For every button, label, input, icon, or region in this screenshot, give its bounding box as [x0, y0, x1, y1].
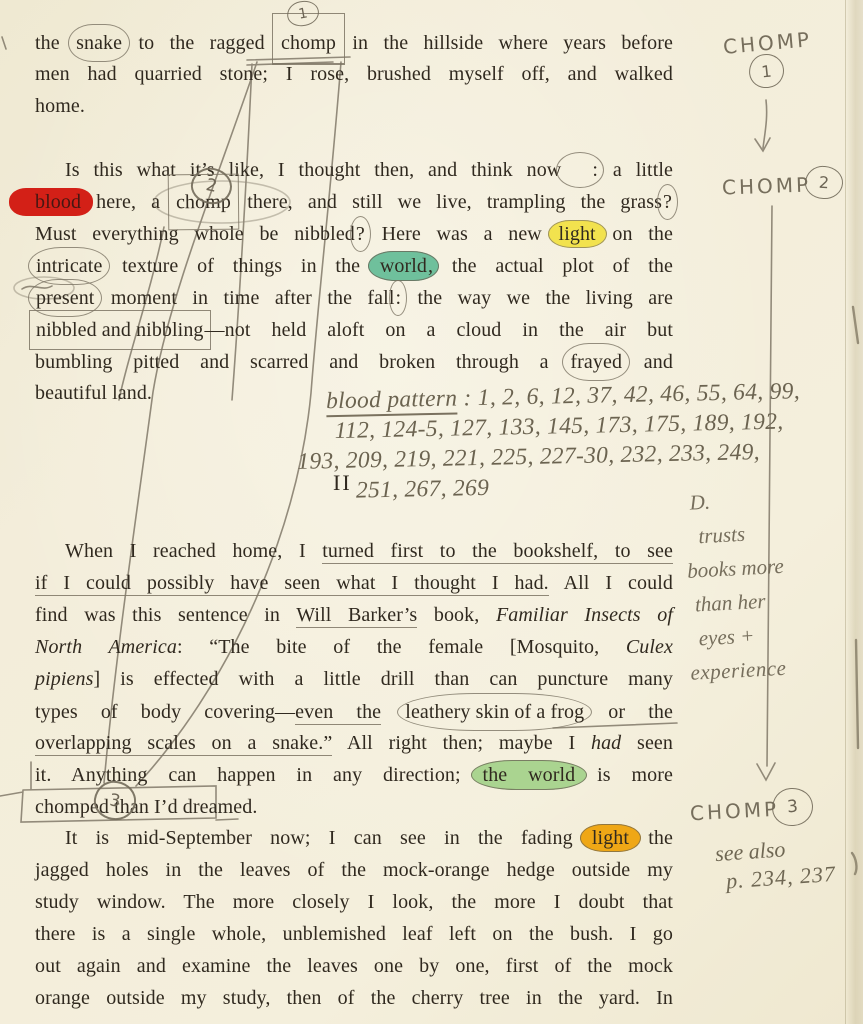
text-segment: —not held aloft on a cloud in the air bu…	[205, 319, 673, 341]
text-line: pipiens] is effected with a little drill…	[35, 663, 673, 695]
text-line: overlapping scales on a snake.” All righ…	[35, 727, 673, 759]
text-segment: there is a single whole, unblemished lea…	[35, 923, 673, 945]
annotated-hl-green: the world	[471, 760, 588, 790]
text-line: it. Anything can happen in any direction…	[35, 759, 673, 791]
text-segment: the way we the living are	[402, 287, 673, 309]
margin-label-chomp3: CHOMP	[689, 797, 779, 826]
text-segment: moment in time after the fall	[95, 287, 394, 309]
margin-circled-number-3: 3	[771, 787, 815, 828]
text-segment: All right then; maybe I	[332, 732, 591, 754]
annotated-pu: even the	[295, 701, 381, 725]
annotated-pcircle: snake	[68, 24, 130, 62]
text-segment: When I reached home, I	[65, 540, 322, 562]
paragraph-mid-september: It is mid-September now; I can see in th…	[35, 822, 673, 1014]
text-line: orange outside my study, then of the che…	[35, 982, 673, 1014]
text-segment: seen	[621, 732, 673, 754]
annotated-i: Familiar Insects of	[496, 604, 673, 626]
text-line: Must everything whole be nibbled? Here w…	[35, 217, 673, 249]
annotated-i: had	[591, 732, 621, 754]
text-segment: bumbling pitted and scarred and broken t…	[35, 351, 569, 373]
text-segment: there, and still we live, trampling the …	[232, 191, 662, 213]
annotated-pcircle: frayed	[562, 343, 630, 381]
text-segment: jagged holes in the leaves of the mock-o…	[35, 859, 673, 881]
left-edge-pencil-tick	[2, 37, 6, 49]
text-segment: and	[623, 351, 673, 373]
text-segment: types of body covering—	[35, 701, 295, 723]
text-segment: to the ragged	[123, 32, 280, 54]
text-segment: a little	[599, 159, 673, 181]
text-segment: it. Anything can happen in any direction…	[35, 764, 482, 786]
text-line: Is this what it’s like, I thought then, …	[35, 153, 673, 185]
text-segment: out again and examine the leaves one by …	[35, 955, 673, 977]
text-segment: book,	[417, 604, 496, 626]
text-segment: orange outside my study, then of the che…	[35, 987, 673, 1009]
text-line: find was this sentence in Will Barker’s …	[35, 599, 673, 631]
margin-note-d: D.trustsbooks morethan hereyes +experien…	[681, 478, 841, 690]
text-line: It is mid-September now; I can see in th…	[35, 822, 673, 854]
margin-circled-number-1: 1	[747, 52, 785, 89]
text-line: jagged holes in the leaves of the mock-o…	[35, 854, 673, 886]
text-line: When I reached home, I turned first to t…	[35, 535, 673, 567]
text-segment: find was this sentence in	[35, 604, 296, 626]
text-line: intricate texture of things in the world…	[35, 249, 673, 281]
annotated-pu: turned first to the bookshelf, to see	[322, 540, 673, 564]
text-line: study window. The more closely I look, t…	[35, 886, 673, 918]
paragraph-is-this-what: Is this what it’s like, I thought then, …	[35, 153, 673, 409]
text-segment: study window. The more closely I look, t…	[35, 891, 673, 913]
text-segment: ] is effected with a little drill than c…	[93, 668, 673, 690]
annotated-pu: overlapping scales on a snake.”	[35, 732, 332, 756]
text-segment: here, a	[81, 191, 175, 213]
paragraph-when-i-reached-home: When I reached home, I turned first to t…	[35, 535, 673, 823]
text-segment: Here was a new	[366, 223, 558, 245]
annotated-pu: Will Barker’s	[296, 604, 417, 628]
margin-note-see-also: see alsop. 234, 237	[714, 832, 837, 896]
margin-note-d-line: experience	[690, 648, 842, 690]
text-line: North America: “The bite of the female […	[35, 631, 673, 663]
text-line: there is a single whole, unblemished lea…	[35, 918, 673, 950]
text-segment: , the actual plot of the	[428, 255, 673, 277]
annotated-i: Culex	[626, 636, 673, 658]
text-line: types of body covering—even the leathery…	[35, 695, 673, 727]
text-segment: All I could	[549, 572, 673, 594]
text-segment: men had quarried stone; I rose, brushed …	[35, 63, 673, 85]
text-segment: or the	[585, 701, 673, 723]
annotated-i: pipiens	[35, 668, 93, 690]
text-segment: : “The bite of the female [Mosquito,	[177, 636, 626, 658]
text-line: men had quarried stone; I rose, brushed …	[35, 58, 673, 90]
text-segment: in the hillside where years before	[337, 32, 673, 54]
text-line: present moment in time after the fall: t…	[35, 281, 673, 313]
text-segment: Is this what it’s like, I thought then, …	[65, 159, 561, 181]
text-line: if I could possibly have seen what I tho…	[35, 567, 673, 599]
text-segment: It is mid-September now; I can see in th…	[65, 827, 591, 849]
text-line: nibbled and nibbling—not held aloft on a…	[35, 313, 673, 345]
annotated-pcircle: leathery skin of a frog	[397, 693, 592, 731]
text-line: blood here, a chomp there, and still we …	[35, 185, 673, 217]
text-segment: is more	[576, 764, 673, 786]
page-edge-shadow	[845, 0, 863, 1024]
book-page: the snake to the ragged chomp in the hil…	[0, 0, 863, 1024]
annotated-pcircle-punct: :	[556, 152, 604, 188]
text-segment: beautiful land.	[35, 382, 152, 404]
text-line: home.	[35, 90, 673, 122]
text-line: out again and examine the leaves one by …	[35, 950, 673, 982]
text-segment: on the	[597, 223, 673, 245]
blood-pattern-label: blood pattern	[326, 385, 458, 417]
annotated-pbox: nibbled and nibbling	[29, 310, 211, 350]
text-segment: texture of things in the	[103, 255, 378, 277]
text-line: bumbling pitted and scarred and broken t…	[35, 345, 673, 377]
text-line: the snake to the ragged chomp in the hil…	[35, 26, 673, 58]
text-segment: the	[630, 827, 673, 849]
annotated-pcircle-punct: ?	[657, 184, 678, 220]
annotated-pu: if I could possibly have seen what I tho…	[35, 572, 549, 596]
margin-arrow-chomp1-to-chomp2	[755, 100, 770, 151]
margin-label-chomp2: CHOMP	[722, 172, 812, 199]
annotated-i: North America	[35, 636, 177, 658]
text-segment: home.	[35, 95, 85, 117]
paragraph-snake-chomp: the snake to the ragged chomp in the hil…	[35, 26, 673, 122]
